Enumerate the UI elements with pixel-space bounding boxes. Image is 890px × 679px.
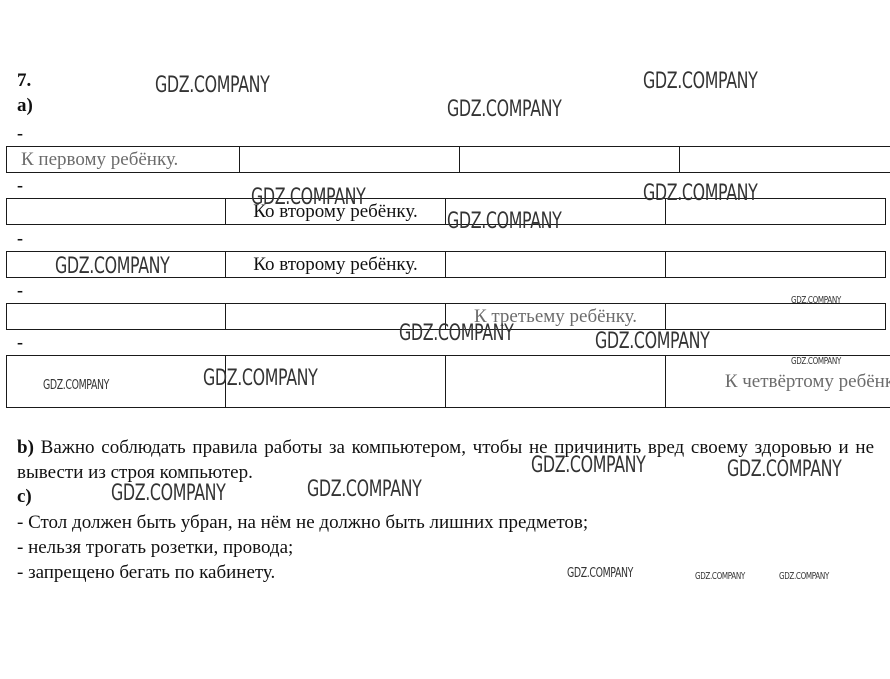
row-marker: -	[17, 124, 23, 142]
table-cell	[226, 356, 446, 408]
table-row: Ко второму ребёнку.	[7, 252, 886, 278]
distribution-table-4: К третьему ребёнку.	[6, 303, 886, 330]
distribution-table-2: Ко второму ребёнку.	[6, 198, 886, 225]
table-cell	[7, 304, 226, 330]
watermark: GDZ.COMPANY	[643, 69, 758, 94]
table-cell	[446, 356, 666, 408]
table-cell	[240, 147, 460, 173]
list-item: - запрещено бегать по кабинету.	[17, 560, 588, 585]
table-cell	[666, 304, 886, 330]
row-marker: -	[17, 281, 23, 299]
table-row: Ко второму ребёнку.	[7, 199, 886, 225]
table-row: К четвёртому ребёнку.	[7, 356, 890, 408]
watermark: GDZ.COMPANY	[155, 73, 270, 98]
table-cell	[680, 147, 890, 173]
distribution-table-3: Ко второму ребёнку.	[6, 251, 886, 278]
table-cell	[446, 199, 666, 225]
list-item: - нельзя трогать розетки, провода;	[17, 535, 588, 560]
row-marker: -	[17, 176, 23, 194]
part-b-text: Важно соблюдать правила работы за компью…	[17, 437, 874, 483]
watermark: GDZ.COMPANY	[595, 329, 710, 354]
row-marker: -	[17, 333, 23, 351]
part-c-label: c)	[17, 486, 32, 508]
list-item: - Стол должен быть убран, на нём не долж…	[17, 510, 588, 535]
table-cell: К первому ребёнку.	[7, 147, 240, 173]
watermark: GDZ.COMPANY	[779, 571, 829, 582]
part-b-paragraph: b) Важно соблюдать правила работы за ком…	[17, 435, 874, 485]
table-cell: К третьему ребёнку.	[446, 304, 666, 330]
safety-rules-list: - Стол должен быть убран, на нём не долж…	[17, 510, 588, 585]
distribution-table-1: К первому ребёнку.	[6, 146, 890, 173]
watermark: GDZ.COMPANY	[447, 97, 562, 122]
exercise-number: 7.	[17, 70, 31, 92]
part-a-label: a)	[17, 95, 33, 117]
table-cell	[7, 252, 226, 278]
table-cell	[666, 252, 886, 278]
table-cell: К четвёртому ребёнку.	[666, 356, 890, 408]
table-row: К третьему ребёнку.	[7, 304, 886, 330]
row-marker: -	[17, 229, 23, 247]
watermark: GDZ.COMPANY	[695, 571, 745, 582]
table-cell	[666, 199, 886, 225]
distribution-table-5: К четвёртому ребёнку.	[6, 355, 890, 408]
table-cell	[226, 304, 446, 330]
table-cell: Ко второму ребёнку.	[226, 252, 446, 278]
table-cell	[460, 147, 680, 173]
part-b-label: b)	[17, 437, 34, 458]
table-cell: Ко второму ребёнку.	[226, 199, 446, 225]
table-cell	[7, 199, 226, 225]
table-cell	[7, 356, 226, 408]
table-cell	[446, 252, 666, 278]
table-row: К первому ребёнку.	[7, 147, 890, 173]
